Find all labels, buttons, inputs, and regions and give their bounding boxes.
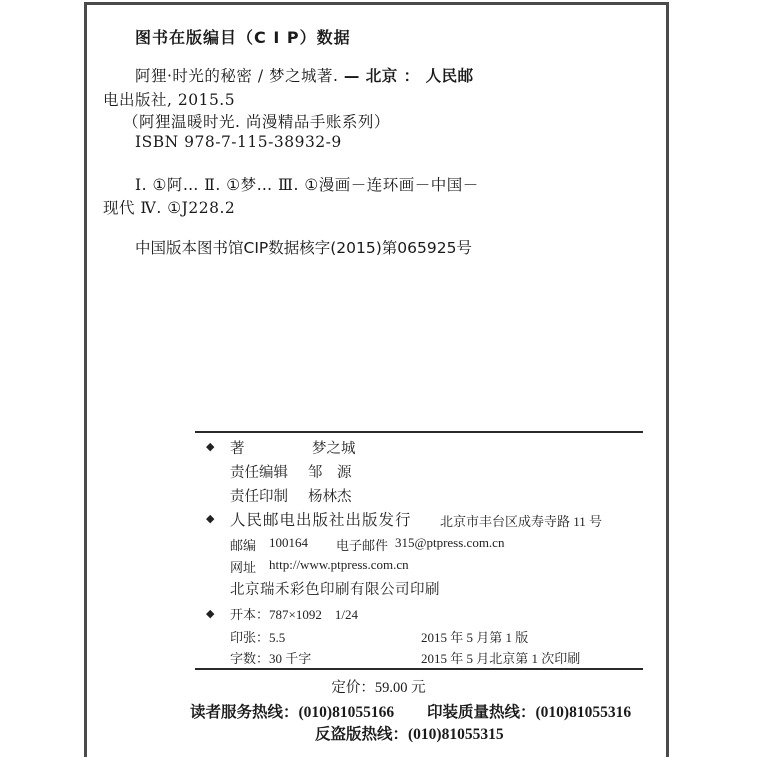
divider-top (195, 431, 643, 433)
diamond-bullet-icon: ◆ (206, 440, 214, 453)
cip-isbn: ISBN 978-7-115-38932-9 (135, 133, 342, 151)
postcode-value: 100164 (269, 535, 308, 551)
anti-piracy-hotline: 反盗版热线：(010)81055315 (315, 722, 504, 744)
website-link[interactable]: http://www.ptpress.com.cn (269, 557, 409, 573)
cip-publisher-location: — 北京 ： 人民邮 (344, 67, 474, 85)
publisher-name: 人民邮电出版社出版发行 (230, 508, 412, 530)
credit-author-value: 梦之城 (312, 437, 356, 458)
cip-book-title: 阿狸·时光的秘密 / 梦之城著. (135, 67, 338, 85)
credit-editor-label: 责任编辑 (230, 461, 288, 482)
credit-editor-value: 邹 源 (308, 461, 352, 482)
word-count: 字数：30 千字 (230, 648, 311, 667)
cip-publisher-year: 电出版社, 2015.5 (103, 88, 235, 110)
cip-book-title-line: 阿狸·时光的秘密 / 梦之城著. — 北京 ： 人民邮 (135, 64, 474, 86)
printing-date: 2015 年 5 月北京第 1 次印刷 (421, 648, 580, 667)
cip-title: 图书在版编目（C I P）数据 (135, 25, 351, 48)
credit-printing-label: 责任印制 (230, 485, 288, 506)
book-format: 开本：787×1092 1/24 (230, 604, 358, 623)
diamond-bullet-icon: ◆ (206, 607, 214, 620)
credit-printing-value: 杨林杰 (308, 485, 352, 506)
publisher-address: 北京市丰台区成寿寺路 11 号 (440, 511, 602, 530)
cip-record-number: 中国版本图书馆CIP数据核字(2015)第065925号 (135, 236, 472, 258)
diamond-bullet-icon: ◆ (206, 512, 214, 525)
website-label: 网址 (230, 557, 256, 576)
reader-service-hotline: 读者服务热线：(010)81055166 (190, 700, 394, 722)
email-label: 电子邮件 (336, 535, 388, 554)
credit-author-label: 著 (230, 437, 245, 458)
printer-name: 北京瑞禾彩色印刷有限公司印刷 (230, 578, 440, 599)
cip-classification: Ⅰ. ①阿… Ⅱ. ①梦… Ⅲ. ①漫画－连环画－中国－ (135, 173, 479, 195)
price: 定价：59.00 元 (0, 676, 757, 697)
cip-series: （阿狸温暖时光. 尚漫精品手账系列） (123, 110, 390, 132)
print-quality-hotline: 印装质量热线：(010)81055316 (427, 700, 631, 722)
postcode-label: 邮编 (230, 535, 256, 554)
printed-sheets: 印张：5.5 (230, 627, 285, 646)
cip-classification-cont: 现代 Ⅳ. ①J228.2 (103, 196, 235, 218)
email-link[interactable]: 315@ptpress.com.cn (395, 535, 504, 551)
divider-bottom (195, 668, 643, 670)
edition-date: 2015 年 5 月第 1 版 (421, 627, 528, 646)
